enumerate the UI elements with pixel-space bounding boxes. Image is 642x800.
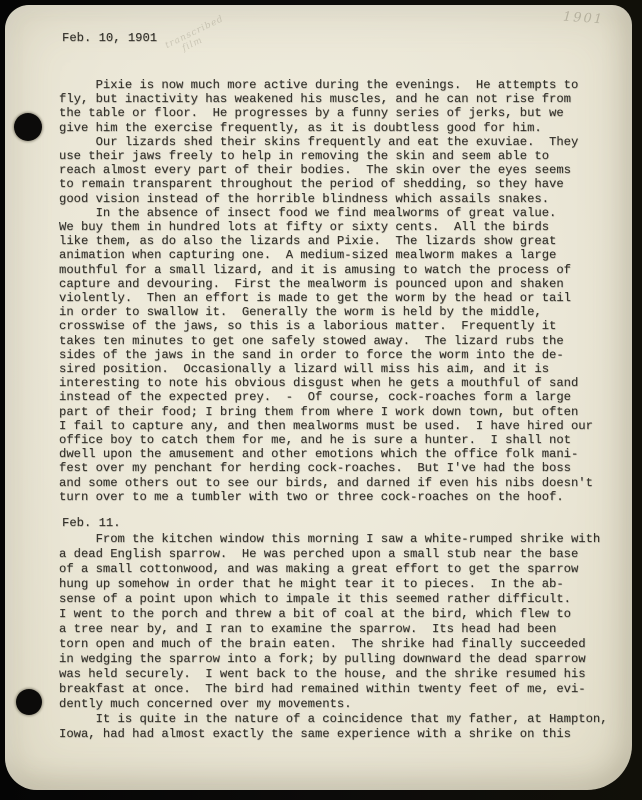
punch-hole-bottom <box>16 689 42 715</box>
entry-body-feb-10: Pixie is now much more active during the… <box>59 78 593 504</box>
entry-body-feb-11: From the kitchen window this morning I s… <box>59 532 608 742</box>
punch-hole-top <box>14 113 42 141</box>
entry-date-feb-10: Feb. 10, 1901 <box>62 31 157 45</box>
diary-page: 1901 transcribed film Feb. 10, 1901 Pixi… <box>5 5 632 790</box>
handwritten-year-note: 1901 <box>562 10 604 28</box>
handwritten-margin-note: transcribed film <box>164 14 230 60</box>
entry-date-feb-11: Feb. 11. <box>62 516 121 530</box>
